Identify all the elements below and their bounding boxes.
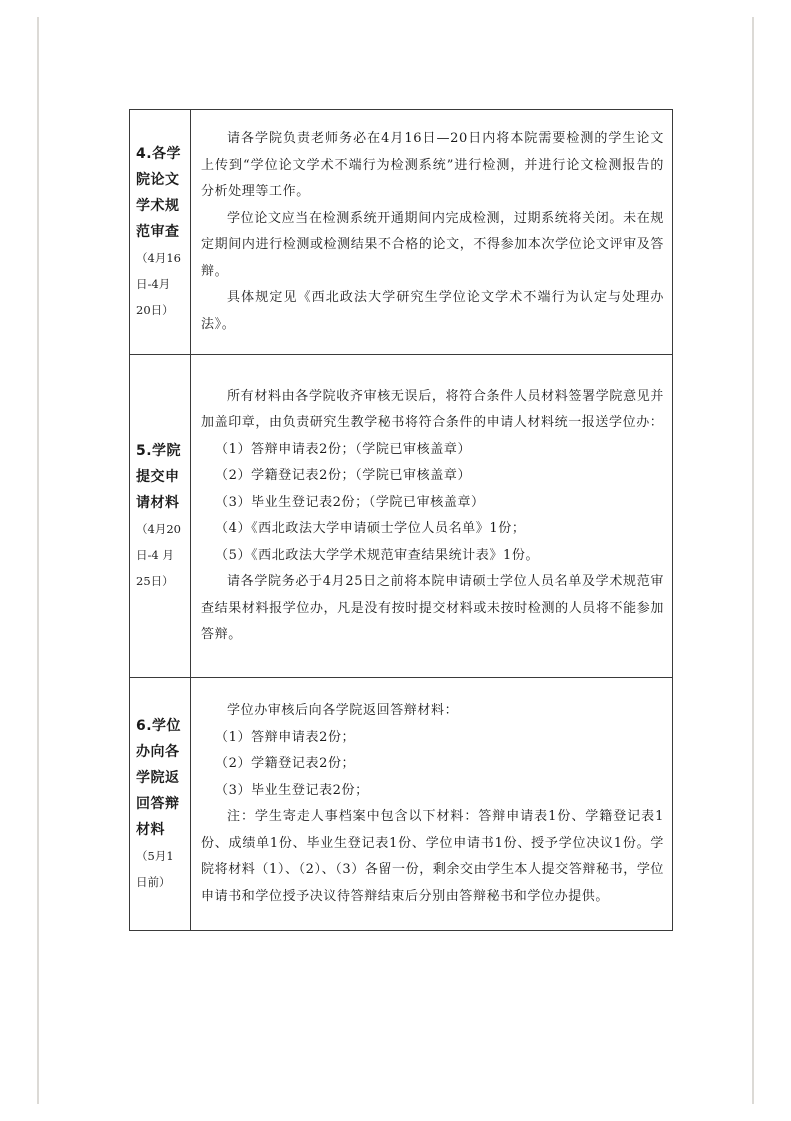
list-item: （2）学籍登记表2份；: [201, 751, 664, 778]
list-item: （3）毕业生登记表2份；: [201, 778, 664, 805]
list-item: （5）《西北政法大学学术规范审查结果统计表》1份。: [201, 543, 664, 570]
step-header-cell: 5.学院 提交申 请材料 （4月20 日-4 月 25日）: [130, 355, 191, 678]
page-edge-left: [37, 17, 39, 1104]
step-header-cell: 4.各学 院论文 学术规 范审查 （4月16 日-4月 20日）: [130, 110, 191, 355]
step-content-cell: 学位办审核后向各学院返回答辩材料： （1）答辩申请表2份； （2）学籍登记表2份…: [191, 678, 673, 931]
list-item: （1）答辩申请表2份；（学院已审核盖章）: [201, 437, 664, 464]
step-content-cell: 请各学院负责老师务必在4月16日—20日内将本院需要检测的学生论文上传到“学位论…: [191, 110, 673, 355]
page-edge-right: [752, 17, 754, 1104]
step-title: 5.学院 提交申 请材料: [136, 438, 190, 516]
note-paragraph: 注：学生寄走人事档案中包含以下材料：答辩申请表1份、学籍登记表1份、成绩单1份、…: [201, 804, 664, 910]
paragraph: 学位论文应当在检测系统开通期间内完成检测，过期系统将关闭。未在规定期间内进行检测…: [201, 206, 664, 286]
procedure-table: 4.各学 院论文 学术规 范审查 （4月16 日-4月 20日） 请各学院负责老…: [129, 109, 673, 931]
step-date: （4月16 日-4月 20日）: [136, 245, 190, 323]
step-header-cell: 6.学位 办向各 学院返 回答辩 材料 （5月1 日前）: [130, 678, 191, 931]
step-title: 4.各学 院论文 学术规 范审查: [136, 141, 190, 245]
list-item: （2）学籍登记表2份；（学院已审核盖章）: [201, 463, 664, 490]
list-item: （3）毕业生登记表2份；（学院已审核盖章）: [201, 490, 664, 517]
table-row-step-6: 6.学位 办向各 学院返 回答辩 材料 （5月1 日前） 学位办审核后向各学院返…: [130, 678, 673, 931]
paragraph: 具体规定见《西北政法大学研究生学位论文学术不端行为认定与处理办法》。: [201, 285, 664, 338]
closing-paragraph: 请各学院务必于4月25日之前将本院申请硕士学位人员名单及学术规范审查结果材料报学…: [201, 569, 664, 649]
step-content-cell: 所有材料由各学院收齐审核无误后，将符合条件人员材料签署学院意见并加盖印章，由负责…: [191, 355, 673, 678]
paragraph: 请各学院负责老师务必在4月16日—20日内将本院需要检测的学生论文上传到“学位论…: [201, 126, 664, 206]
intro-paragraph: 所有材料由各学院收齐审核无误后，将符合条件人员材料签署学院意见并加盖印章，由负责…: [201, 384, 664, 437]
step-date: （5月1 日前）: [136, 843, 190, 895]
intro-paragraph: 学位办审核后向各学院返回答辩材料：: [201, 698, 664, 725]
list-item: （4）《西北政法大学申请硕士学位人员名单》1份；: [201, 516, 664, 543]
list-item: （1）答辩申请表2份；: [201, 725, 664, 752]
table-row-step-4: 4.各学 院论文 学术规 范审查 （4月16 日-4月 20日） 请各学院负责老…: [130, 110, 673, 355]
step-title: 6.学位 办向各 学院返 回答辩 材料: [136, 713, 190, 843]
step-date: （4月20 日-4 月 25日）: [136, 516, 190, 594]
table-row-step-5: 5.学院 提交申 请材料 （4月20 日-4 月 25日） 所有材料由各学院收齐…: [130, 355, 673, 678]
